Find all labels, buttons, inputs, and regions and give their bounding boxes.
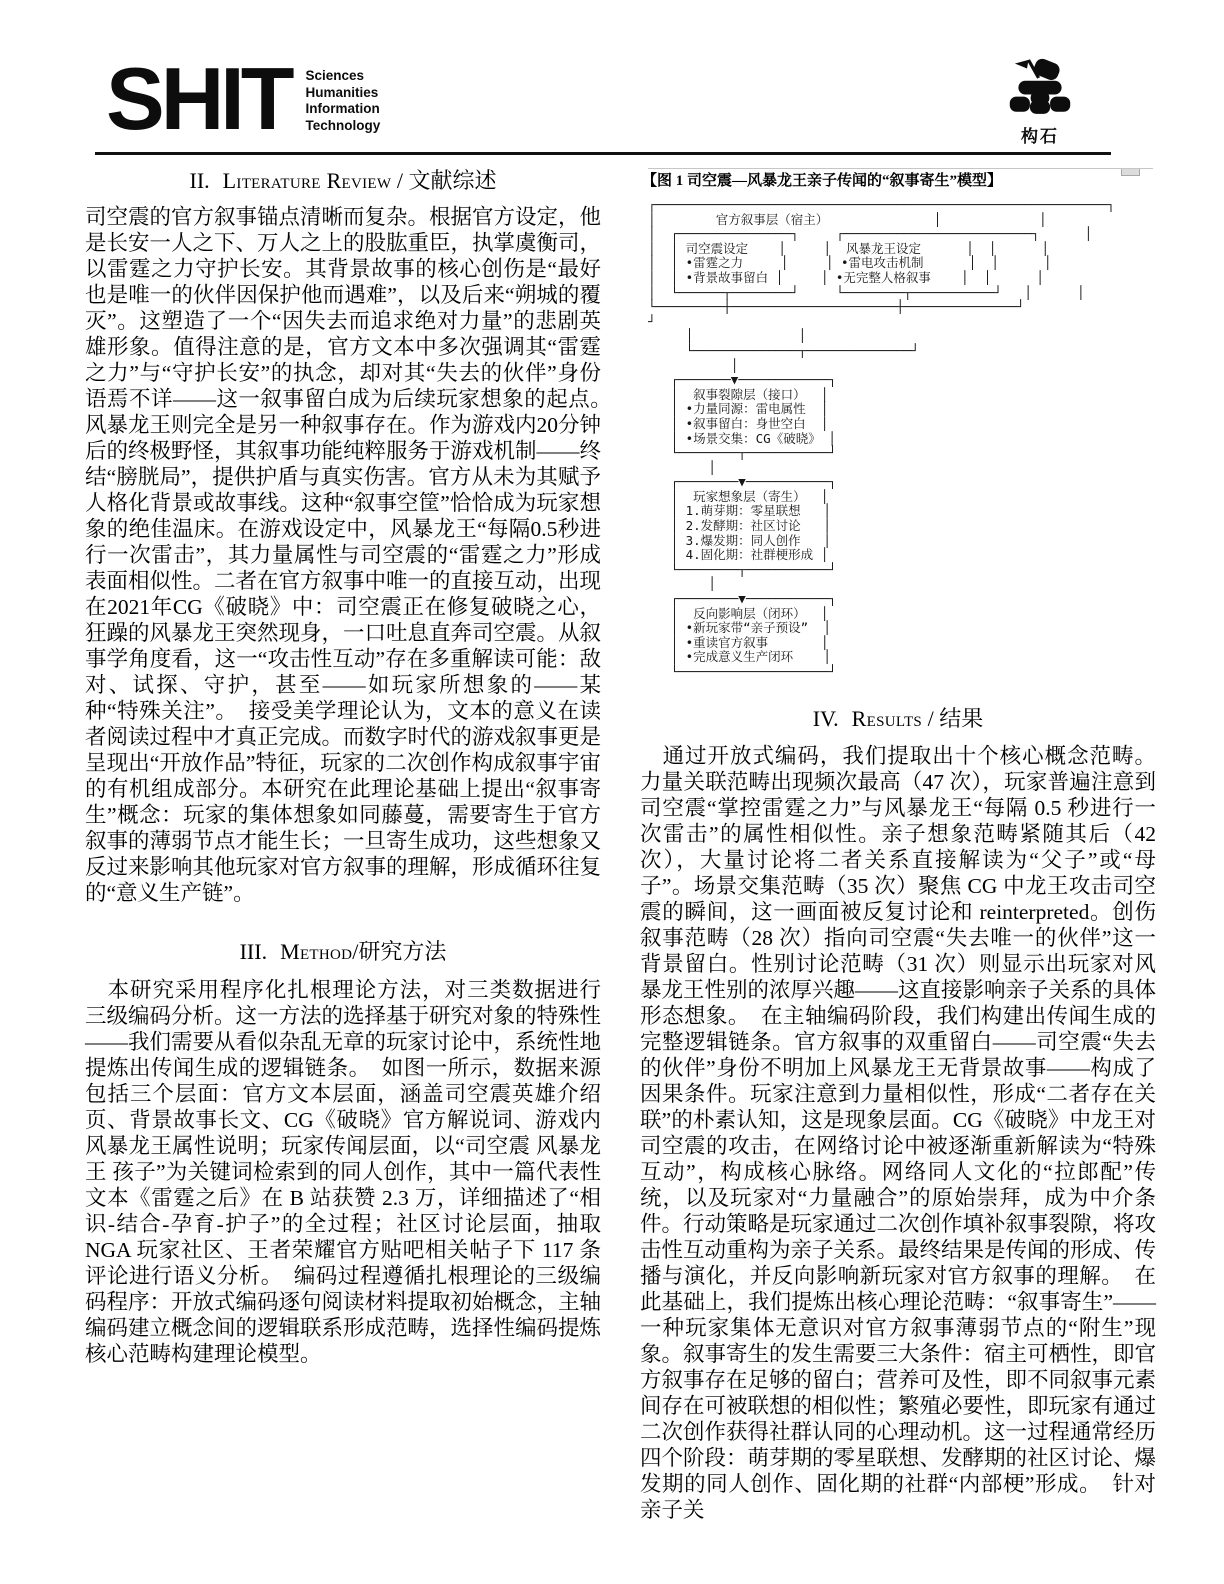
stone-pile-icon: [1004, 56, 1076, 120]
section-title-chinese: / 文献综述: [391, 168, 496, 193]
section-heading-literature-review: II.Literature Review / 文献综述: [85, 167, 601, 195]
section-heading-results: IV.Results / 结果: [640, 705, 1156, 733]
section-title-latin: Method: [280, 939, 352, 964]
journal-logo: SHIT: [106, 56, 290, 142]
publisher-mark: 构石: [1002, 56, 1078, 147]
section-heading-method: III.Method/研究方法: [85, 938, 601, 966]
tagline-line-technology: Technology: [305, 118, 380, 135]
section-numeral: II.: [190, 168, 210, 193]
tagline-line-sciences: Sciences: [305, 68, 380, 85]
section-title-chinese: /研究方法: [352, 939, 446, 964]
results-body: 通过开放式编码，我们提取出十个核心概念范畴。力量关联范畴出现频次最高（47 次）…: [640, 743, 1156, 1523]
figure-ascii-diagram: ┌───────────────────────────────────────…: [648, 198, 1156, 680]
journal-tagline: Sciences Humanities Information Technolo…: [305, 64, 380, 134]
tagline-line-humanities: Humanities: [305, 85, 380, 102]
right-column: 【图 1 司空震—风暴龙王亲子传闻的“叙事寄生”模型】 ┌───────────…: [640, 171, 1156, 1523]
header-rule: [95, 152, 1111, 155]
section-title-chinese: / 结果: [922, 706, 983, 731]
figure-caption: 【图 1 司空震—风暴龙王亲子传闻的“叙事寄生”模型】: [642, 172, 1156, 191]
section-title-latin: Literature Review: [223, 168, 392, 193]
section-numeral: III.: [240, 939, 267, 964]
journal-page: SHIT Sciences Humanities Information Tec…: [0, 0, 1224, 1584]
section-title-latin: Results: [852, 706, 922, 731]
figure-frame-border: [648, 168, 1153, 169]
left-column: II.Literature Review / 文献综述 司空震的官方叙事锚点清晰…: [85, 167, 601, 1367]
tagline-line-information: Information: [305, 101, 380, 118]
masthead: SHIT Sciences Humanities Information Tec…: [106, 56, 380, 142]
publisher-name: 构石: [1002, 122, 1078, 147]
section-numeral: IV.: [813, 706, 839, 731]
literature-review-body: 司空震的官方叙事锚点清晰而复杂。根据官方设定，他是长安一人之下、万人之上的股肱重…: [85, 204, 601, 906]
method-body: 本研究采用程序化扎根理论方法，对三类数据进行三级编码分析。这一方法的选择基于研究…: [85, 977, 601, 1367]
